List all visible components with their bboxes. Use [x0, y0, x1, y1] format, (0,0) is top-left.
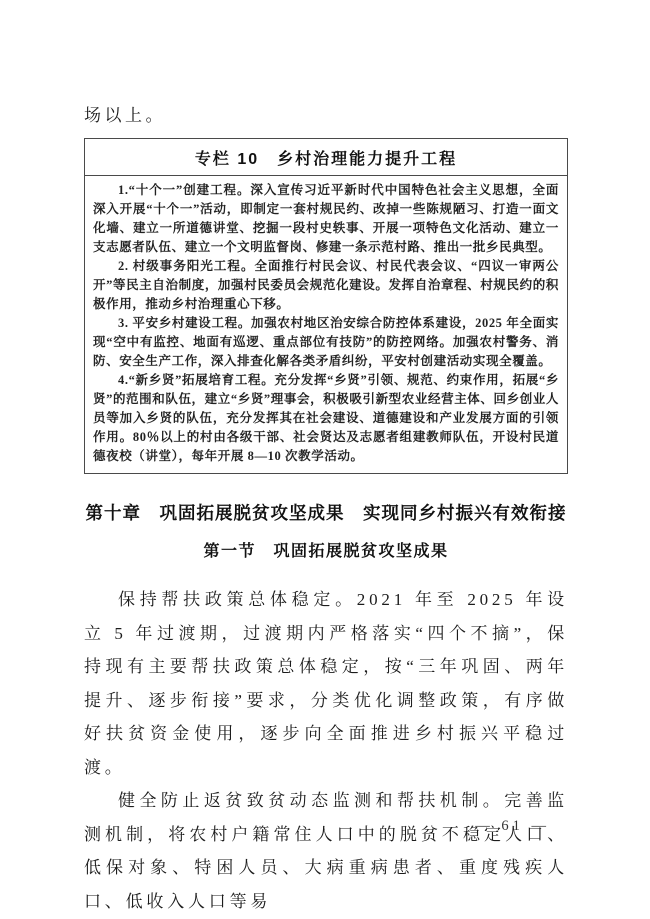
- column-box-body: 1.“十个一”创建工程。深入宣传习近平新时代中国特色社会主义思想，全面深入开展“…: [85, 176, 567, 473]
- chapter-title: 第十章 巩固拓展脱贫攻坚成果 实现同乡村振兴有效衔接: [84, 500, 568, 525]
- running-text-top: 场以上。: [84, 103, 568, 129]
- body-paragraph: 保持帮扶政策总体稳定。2021 年至 2025 年设立 5 年过渡期，过渡期内严…: [84, 583, 568, 784]
- page-content: 场以上。 专栏 10 乡村治理能力提升工程 1.“十个一”创建工程。深入宣传习近…: [84, 0, 568, 918]
- body-paragraph: 健全防止返贫致贫动态监测和帮扶机制。完善监测机制，将农村户籍常住人口中的脱贫不稳…: [84, 784, 568, 918]
- column-box-paragraph: 1.“十个一”创建工程。深入宣传习近平新时代中国特色社会主义思想，全面深入开展“…: [93, 181, 559, 257]
- section-title: 第一节 巩固拓展脱贫攻坚成果: [84, 538, 568, 561]
- feature-column-box: 专栏 10 乡村治理能力提升工程 1.“十个一”创建工程。深入宣传习近平新时代中…: [84, 138, 568, 474]
- page-number: — 61 —: [475, 818, 550, 835]
- column-box-paragraph: 3. 平安乡村建设工程。加强农村地区治安综合防控体系建设，2025 年全面实现“…: [93, 314, 559, 371]
- column-box-paragraph: 2. 村级事务阳光工程。全面推行村民会议、村民代表会议、“四议一审两公开”等民主…: [93, 257, 559, 314]
- column-box-paragraph: 4.“新乡贤”拓展培育工程。充分发挥“乡贤”引领、规范、约束作用，拓展“乡贤”的…: [93, 371, 559, 466]
- document-page: 场以上。 专栏 10 乡村治理能力提升工程 1.“十个一”创建工程。深入宣传习近…: [0, 0, 650, 919]
- body-text: 保持帮扶政策总体稳定。2021 年至 2025 年设立 5 年过渡期，过渡期内严…: [84, 583, 568, 918]
- column-box-title: 专栏 10 乡村治理能力提升工程: [85, 139, 567, 176]
